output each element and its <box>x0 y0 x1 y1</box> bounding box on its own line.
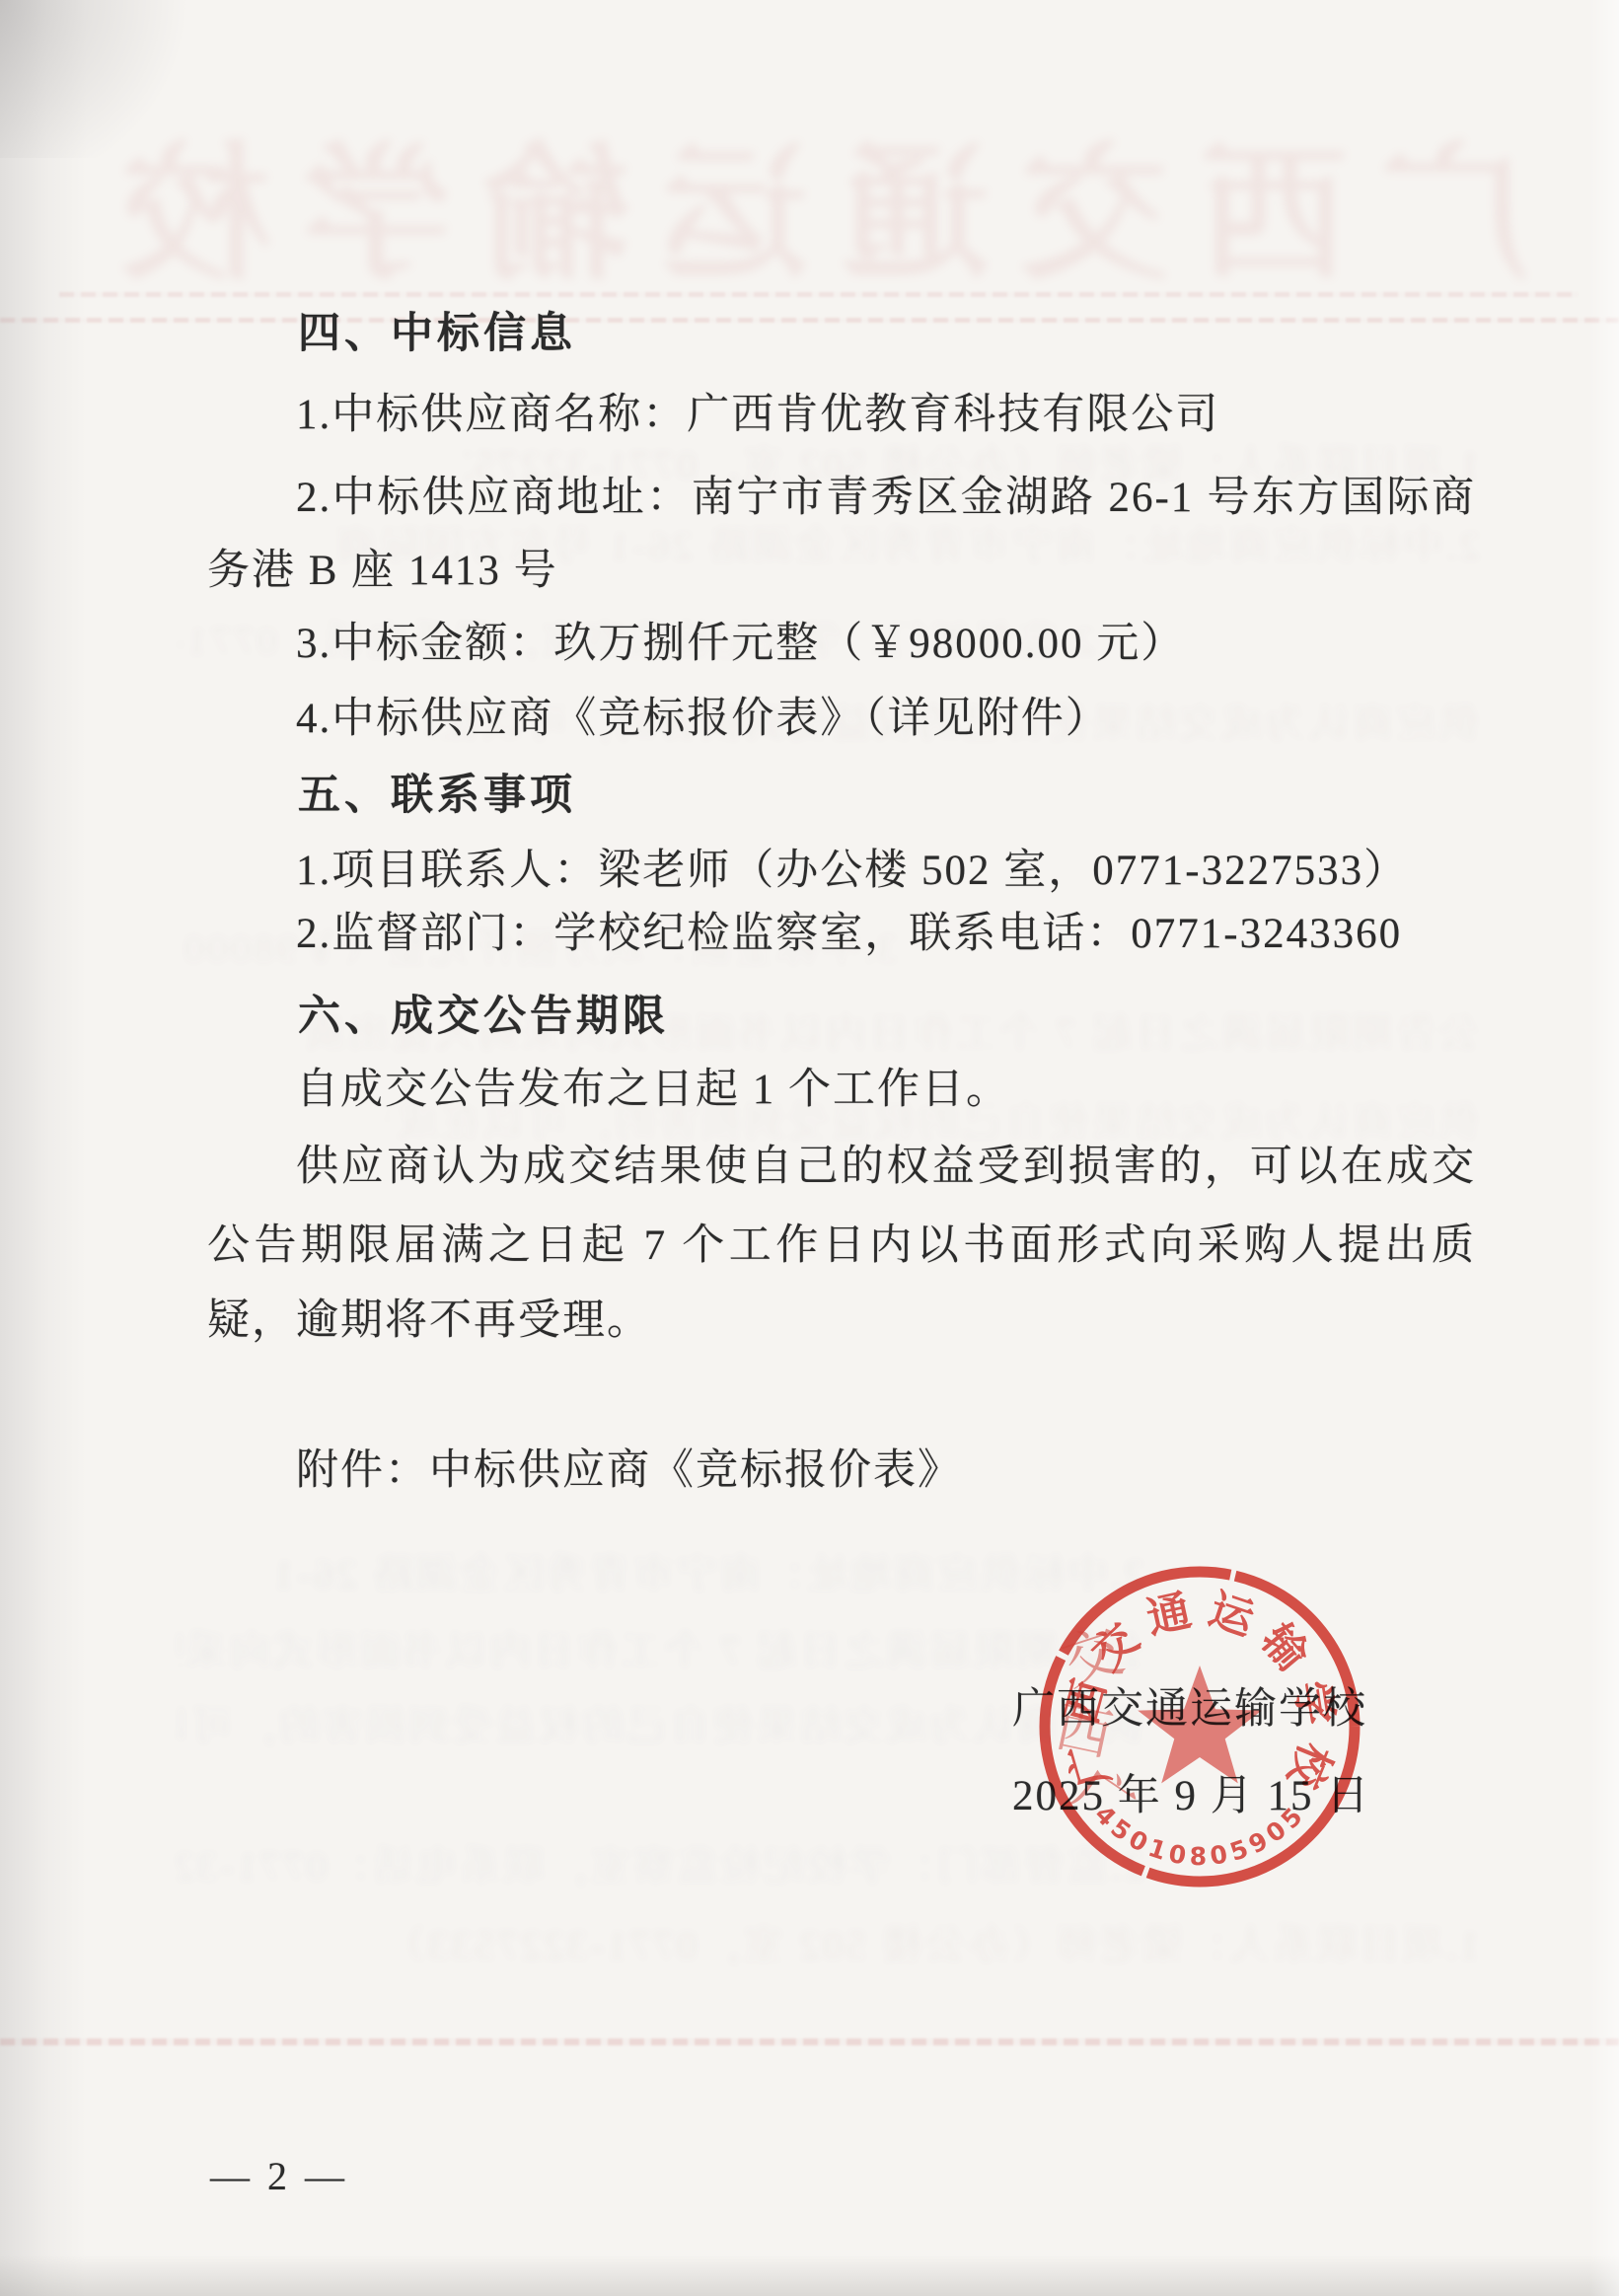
attachment-line: 附件：中标供应商《竞标报价表》 <box>296 1446 962 1495</box>
winner-address-line-2: 务港 B 座 1413 号 <box>207 547 558 595</box>
bleedthrough-line <box>0 318 1619 323</box>
objection-line-1: 供应商认为成交结果使自己的权益受到损害的，可以在成交 <box>296 1143 1476 1191</box>
winner-amount-line: 3.中标金额：玖万捌仟元整（￥98000.00 元） <box>296 620 1185 668</box>
scanned-document-page: 广西交通运输学校 1.项目联系人：梁老师（办公楼 502 室，0771-3227… <box>0 0 1619 2296</box>
scan-edge-left <box>0 0 87 2296</box>
scan-edge-right <box>1589 0 1619 2296</box>
bleedthrough-masthead: 广西交通运输学校 <box>0 95 1619 308</box>
objection-line-3: 疑，逾期将不再受理。 <box>207 1296 651 1345</box>
section-heading-5: 五、联系事项 <box>298 772 576 820</box>
contact-person-line: 1.项目联系人：梁老师（办公楼 502 室，0771-3227533） <box>296 847 1408 895</box>
winner-name-line: 1.中标供应商名称：广西肯优教育科技有限公司 <box>296 391 1219 439</box>
objection-line-2: 公告期限届满之日起 7 个工作日内以书面形式向采购人提出质 <box>207 1222 1476 1270</box>
winner-address-line-1: 2.中标供应商地址：南宁市青秀区金湖路 26-1 号东方国际商 <box>296 474 1476 522</box>
bleedthrough-text: 公告期限届满之日起 7 个工作日内以书面形式向采购人提出质 <box>178 1618 1144 1676</box>
seal-star-icon <box>1138 1666 1262 1783</box>
bleedthrough-text: 2.中标供应商地址：南宁市青秀区金湖路 26-1 号东方国际商 <box>257 1541 1144 1599</box>
page-number: — 2 — <box>210 2153 348 2199</box>
section-heading-4: 四、中标信息 <box>298 310 576 358</box>
official-seal-stamp: 广西交通运输学校 4501080590579 交 西 广 <box>1034 1561 1365 1892</box>
bleedthrough-line <box>0 2038 1619 2045</box>
bleedthrough-text: 2.监督部门：学校纪检监察室，联系电话：0771-3243360 <box>178 1833 1144 1891</box>
notice-period-line: 自成交公告发布之日起 1 个工作日。 <box>296 1066 1010 1114</box>
bleedthrough-text: 供应商认为成交结果使自己的权益受到损害的，可以在成交 <box>178 1693 1144 1751</box>
supervision-dept-line: 2.监督部门：学校纪检监察室，联系电话：0771-3243360 <box>296 910 1402 958</box>
bleedthrough-text: 1.项目联系人：梁老师（办公楼 502 室，0771-3227533） <box>257 1912 1480 1970</box>
section-heading-6: 六、成交公告期限 <box>298 993 669 1041</box>
bleedthrough-line <box>59 292 1579 297</box>
scan-edge-bottom <box>0 2255 1619 2296</box>
winner-quote-line: 4.中标供应商《竞标报价表》（详见附件） <box>296 695 1110 743</box>
scan-edge-corner <box>0 0 217 158</box>
